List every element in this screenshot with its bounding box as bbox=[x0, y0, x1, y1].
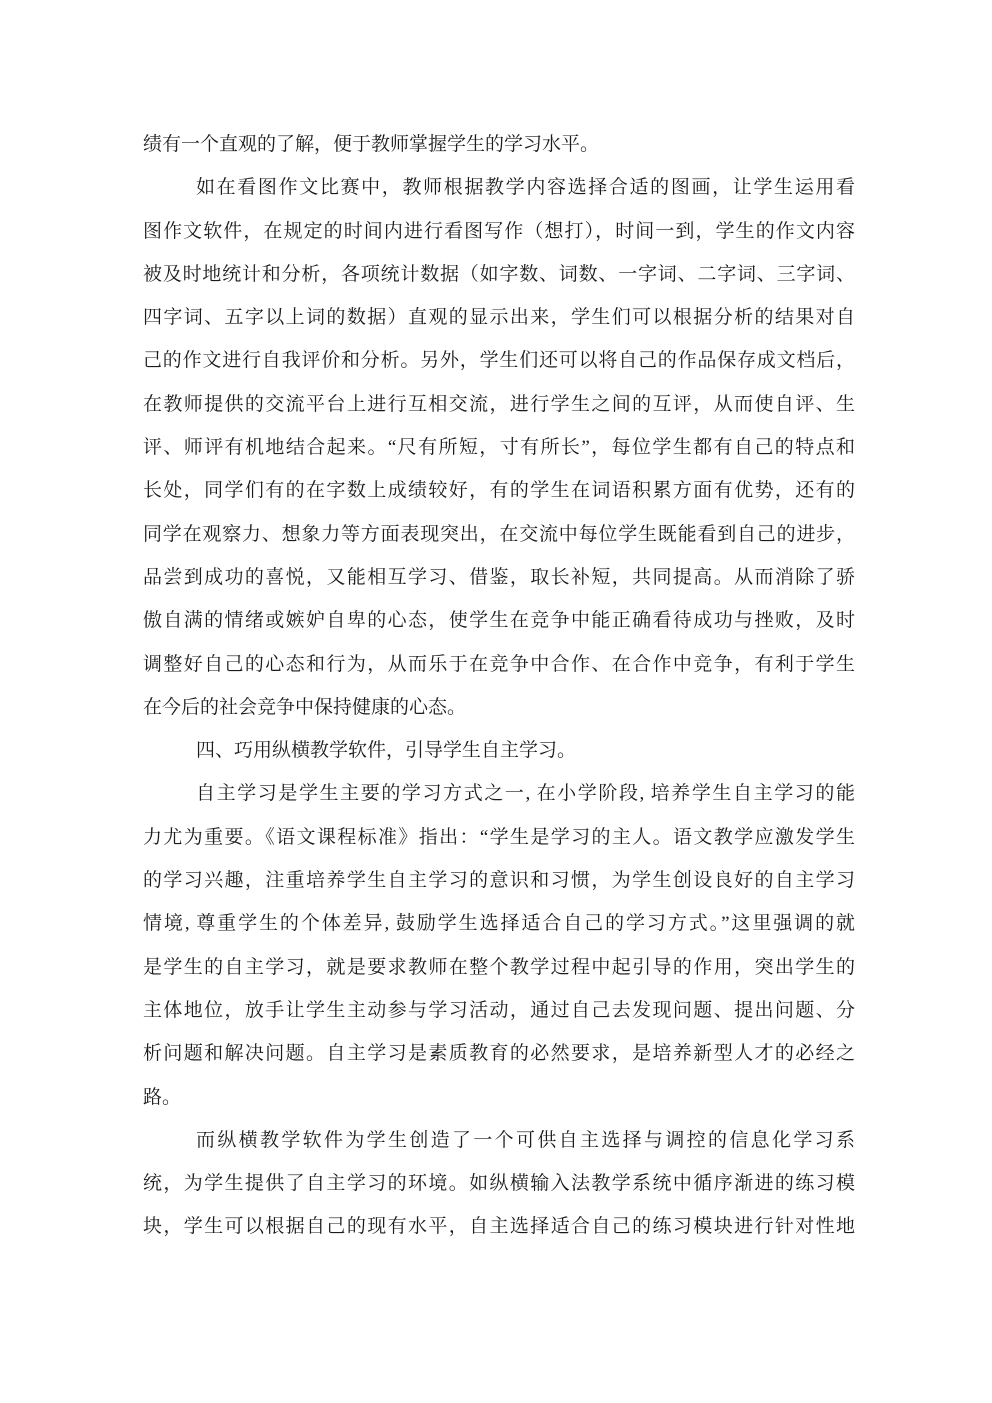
text-line: 如在看图作文比赛中，教师根据教学内容选择合适的图画，让学生运用看 bbox=[143, 166, 855, 209]
text-line: 被及时地统计和分析，各项统计数据（如字数、词数、一字词、二字词、三字词、 bbox=[143, 253, 855, 296]
text-line: 图作文软件，在规定的时间内进行看图写作（想打），时间一到，学生的作文内容 bbox=[143, 210, 855, 253]
text-line: 的学习兴趣，注重培养学生自主学习的意识和习惯，为学生创设良好的自主学习 bbox=[143, 859, 855, 902]
text-line: 长处，同学们有的在字数上成绩较好，有的学生在词语积累方面有优势，还有的 bbox=[143, 469, 855, 512]
document-text: 绩有一个直观的了解，便于教师掌握学生的学习水平。如在看图作文比赛中，教师根据教学… bbox=[143, 123, 855, 1249]
text-line: 同学在观察力、想象力等方面表现突出，在交流中每位学生既能看到自己的进步， bbox=[143, 513, 855, 556]
text-line: 评、师评有机地结合起来。“尺有所短，寸有所长”，每位学生都有自己的特点和 bbox=[143, 426, 855, 469]
text-line: 调整好自己的心态和行为，从而乐于在竞争中合作、在合作中竞争，有利于学生 bbox=[143, 643, 855, 686]
text-line: 主体地位，放手让学生主动参与学习活动，通过自己去发现问题、提出问题、分 bbox=[143, 989, 855, 1032]
text-line: 自主学习是学生主要的学习方式之一, 在小学阶段, 培养学生自主学习的能 bbox=[143, 772, 855, 815]
text-line: 块，学生可以根据自己的现有水平，自主选择适合自己的练习模块进行针对性地 bbox=[143, 1205, 855, 1248]
text-line: 傲自满的情绪或嫉妒自卑的心态，使学生在竞争中能正确看待成功与挫败，及时 bbox=[143, 599, 855, 642]
text-line: 析问题和解决问题。自主学习是素质教育的必然要求，是培养新型人才的必经之 bbox=[143, 1032, 855, 1075]
text-line: 情境, 尊重学生的个体差异, 鼓励学生选择适合自己的学习方式。”这里强调的就 bbox=[143, 902, 855, 945]
text-line: 品尝到成功的喜悦，又能相互学习、借鉴，取长补短，共同提高。从而消除了骄 bbox=[143, 556, 855, 599]
document-page: 绩有一个直观的了解，便于教师掌握学生的学习水平。如在看图作文比赛中，教师根据教学… bbox=[0, 0, 992, 1403]
text-line: 路。 bbox=[143, 1076, 855, 1119]
text-line: 力尤为重要。《语文课程标准》指出：“学生是学习的主人。语文教学应激发学生 bbox=[143, 816, 855, 859]
text-line: 在今后的社会竞争中保持健康的心态。 bbox=[143, 686, 855, 729]
text-line: 四字词、五字以上词的数据）直观的显示出来，学生们可以根据分析的结果对自 bbox=[143, 296, 855, 339]
text-line: 己的作文进行自我评价和分析。另外，学生们还可以将自己的作品保存成文档后， bbox=[143, 339, 855, 382]
text-line: 是学生的自主学习，就是要求教师在整个教学过程中起引导的作用，突出学生的 bbox=[143, 946, 855, 989]
text-line: 统，为学生提供了自主学习的环境。如纵横输入法教学系统中循序渐进的练习模 bbox=[143, 1162, 855, 1205]
text-line: 在教师提供的交流平台上进行互相交流，进行学生之间的互评，从而使自评、生 bbox=[143, 383, 855, 426]
text-line: 绩有一个直观的了解，便于教师掌握学生的学习水平。 bbox=[143, 123, 855, 166]
text-line: 而纵横教学软件为学生创造了一个可供自主选择与调控的信息化学习系 bbox=[143, 1119, 855, 1162]
text-line: 四、巧用纵横教学软件，引导学生自主学习。 bbox=[143, 729, 855, 772]
